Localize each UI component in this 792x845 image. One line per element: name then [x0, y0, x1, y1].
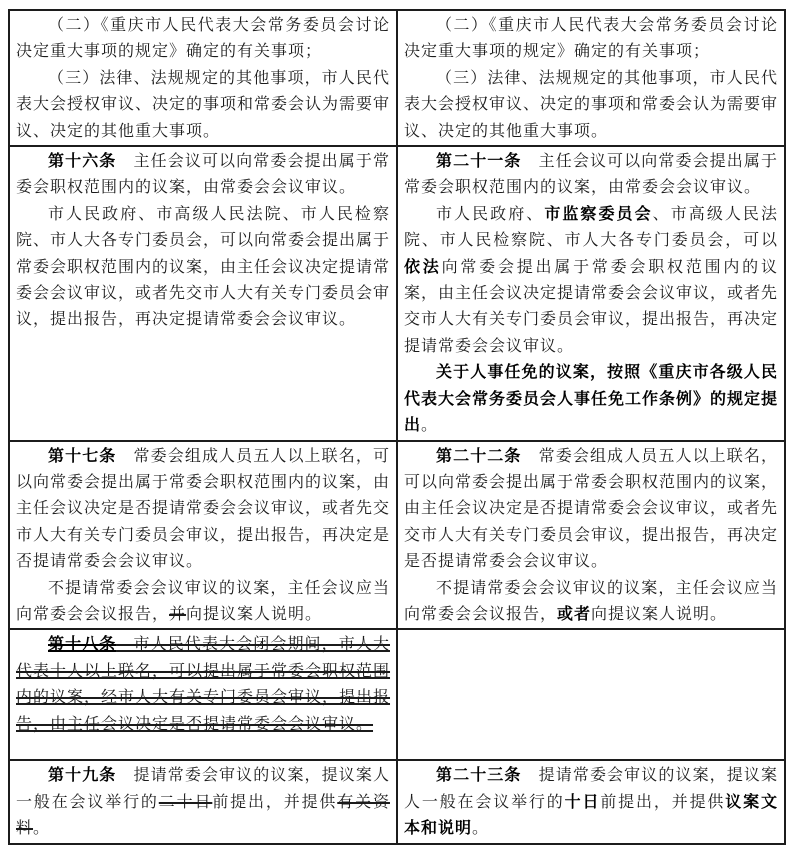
table-row: （二）《重庆市人民代表大会常务委员会讨论决定重大事项的规定》确定的有关事项；（三…: [9, 10, 785, 146]
table-row: 第十七条 常委会组成人员五人以上联名，可以向常委会提出属于常委会职权范围内的议案…: [9, 441, 785, 630]
comparison-table-body: （二）《重庆市人民代表大会常务委员会讨论决定重大事项的规定》确定的有关事项；（三…: [9, 10, 785, 841]
text-run: 常委会组成人员五人以上联名，可以向常委会提出属于常委会职权范围内的议案，由主任会…: [404, 448, 778, 571]
paragraph: （三）法律、法规规定的其他事项，市人民代表大会授权审议、决定的事项和常委会认为需…: [404, 66, 778, 145]
text-run: 向提议案人说明。: [186, 606, 322, 623]
paragraph: （三）法律、法规规定的其他事项，市人民代表大会授权审议、决定的事项和常委会认为需…: [16, 66, 390, 145]
text-run: 。: [33, 820, 50, 837]
paragraph: （二）《重庆市人民代表大会常务委员会讨论决定重大事项的规定》确定的有关事项；: [16, 13, 390, 66]
text-run: 并: [169, 606, 186, 623]
paragraph: 第十七条 常委会组成人员五人以上联名，可以向常委会提出属于常委会职权范围内的议案…: [16, 444, 390, 576]
paragraph: 市人民政府、市监察委员会、市高级人民法院、市人民检察院、市人大各专门委员会，可以…: [404, 202, 778, 360]
document-page: （二）《重庆市人民代表大会常务委员会讨论决定重大事项的规定》确定的有关事项；（三…: [8, 9, 786, 837]
paragraph: 第二十二条 常委会组成人员五人以上联名，可以向常委会提出属于常委会职权范围内的议…: [404, 444, 778, 576]
text-run: 向常委会提出属于常委会职权范围内的议案，由主任会议决定提请常委会会议审议，或者先…: [404, 259, 778, 355]
table-row: 第十九条 提请常委会审议的议案，提议案人一般在会议举行的二十日前提出，并提供有关…: [9, 760, 785, 841]
paragraph: 第二十三条 提请常委会审议的议案，提议案人一般在会议举行的十日前提出，并提供议案…: [404, 763, 778, 841]
table-row: 第十八条 市人民代表大会闭会期间，市人大代表十人以上联名，可以提出属于常委会职权…: [9, 629, 785, 760]
text-run: 市人民政府、: [436, 206, 544, 223]
table-row: 第十六条 主任会议可以向常委会提出属于常委会职权范围内的议案，由常委会会议审议。…: [9, 146, 785, 440]
text-run: 前提出，并提供: [600, 794, 725, 811]
text-run: （二）《重庆市人民代表大会常务委员会讨论决定重大事项的规定》确定的有关事项；: [16, 17, 390, 60]
text-run: 向提议案人说明。: [591, 606, 727, 623]
text-run: 关于人事任免的议案，按照《重庆市各级人民代表大会常务委员会人事任免工作条例》的规…: [404, 364, 778, 434]
original-text-cell: 第十九条 提请常委会审议的议案，提议案人一般在会议举行的二十日前提出，并提供有关…: [9, 760, 397, 841]
revised-text-cell: （二）《重庆市人民代表大会常务委员会讨论决定重大事项的规定》确定的有关事项；（三…: [397, 10, 785, 146]
text-run: 第十六条: [48, 153, 116, 170]
revised-text-cell: 第二十一条 主任会议可以向常委会提出属于常委会职权范围内的议案，由常委会会议审议…: [397, 146, 785, 440]
revised-text-cell: 第二十三条 提请常委会审议的议案，提议案人一般在会议举行的十日前提出，并提供议案…: [397, 760, 785, 841]
text-run: 常委会组成人员五人以上联名，可以向常委会提出属于常委会职权范围内的议案，由主任会…: [16, 448, 390, 571]
revised-text-cell: [397, 629, 785, 760]
text-run: 第十七条: [48, 448, 116, 465]
paragraph: 第十九条 提请常委会审议的议案，提议案人一般在会议举行的二十日前提出，并提供有关…: [16, 763, 390, 841]
text-run: 第二十二条: [436, 448, 522, 465]
text-run: （三）法律、法规规定的其他事项，市人民代表大会授权审议、决定的事项和常委会认为需…: [404, 70, 778, 140]
text-run: 第二十一条: [436, 153, 522, 170]
text-run: 。: [472, 820, 489, 837]
text-run: 前提出，并提供: [212, 794, 337, 811]
comparison-table: （二）《重庆市人民代表大会常务委员会讨论决定重大事项的规定》确定的有关事项；（三…: [8, 9, 786, 841]
original-text-cell: 第十七条 常委会组成人员五人以上联名，可以向常委会提出属于常委会职权范围内的议案…: [9, 441, 397, 630]
text-run: 依法: [404, 259, 442, 276]
paragraph: 不提请常委会会议审议的议案，主任会议应当向常委会会议报告，并向提议案人说明。: [16, 576, 390, 629]
text-run: 。: [421, 417, 438, 434]
original-text-cell: 第十六条 主任会议可以向常委会提出属于常委会职权范围内的议案，由常委会会议审议。…: [9, 146, 397, 440]
paragraph: 不提请常委会会议审议的议案，主任会议应当向常委会会议报告，或者向提议案人说明。: [404, 576, 778, 629]
original-text-cell: 第十八条 市人民代表大会闭会期间，市人大代表十人以上联名，可以提出属于常委会职权…: [9, 629, 397, 760]
paragraph: 第十六条 主任会议可以向常委会提出属于常委会职权范围内的议案，由常委会会议审议。: [16, 149, 390, 202]
paragraph: 第十八条 市人民代表大会闭会期间，市人大代表十人以上联名，可以提出属于常委会职权…: [16, 632, 390, 738]
revised-text-cell: 第二十二条 常委会组成人员五人以上联名，可以向常委会提出属于常委会职权范围内的议…: [397, 441, 785, 630]
text-run: 第十九条: [48, 767, 116, 784]
original-text-cell: （二）《重庆市人民代表大会常务委员会讨论决定重大事项的规定》确定的有关事项；（三…: [9, 10, 397, 146]
text-run: 市人民政府、市高级人民法院、市人民检察院、市人大各专门委员会，可以向常委会提出属…: [16, 206, 390, 329]
text-run: （二）《重庆市人民代表大会常务委员会讨论决定重大事项的规定》确定的有关事项；: [404, 17, 778, 60]
paragraph: 市人民政府、市高级人民法院、市人民检察院、市人大各专门委员会，可以向常委会提出属…: [16, 202, 390, 334]
text-run: 第二十三条: [436, 767, 522, 784]
text-run: 市监察委员会: [544, 206, 652, 223]
paragraph: （二）《重庆市人民代表大会常务委员会讨论决定重大事项的规定》确定的有关事项；: [404, 13, 778, 66]
text-run: 第十八条: [48, 636, 116, 653]
text-run: （三）法律、法规规定的其他事项，市人民代表大会授权审议、决定的事项和常委会认为需…: [16, 70, 390, 140]
paragraph: 关于人事任免的议案，按照《重庆市各级人民代表大会常务委员会人事任免工作条例》的规…: [404, 360, 778, 439]
text-run: 十日: [565, 794, 601, 811]
text-run: 或者: [557, 606, 591, 623]
text-run: 二十日: [159, 794, 213, 811]
paragraph: 第二十一条 主任会议可以向常委会提出属于常委会职权范围内的议案，由常委会会议审议…: [404, 149, 778, 202]
